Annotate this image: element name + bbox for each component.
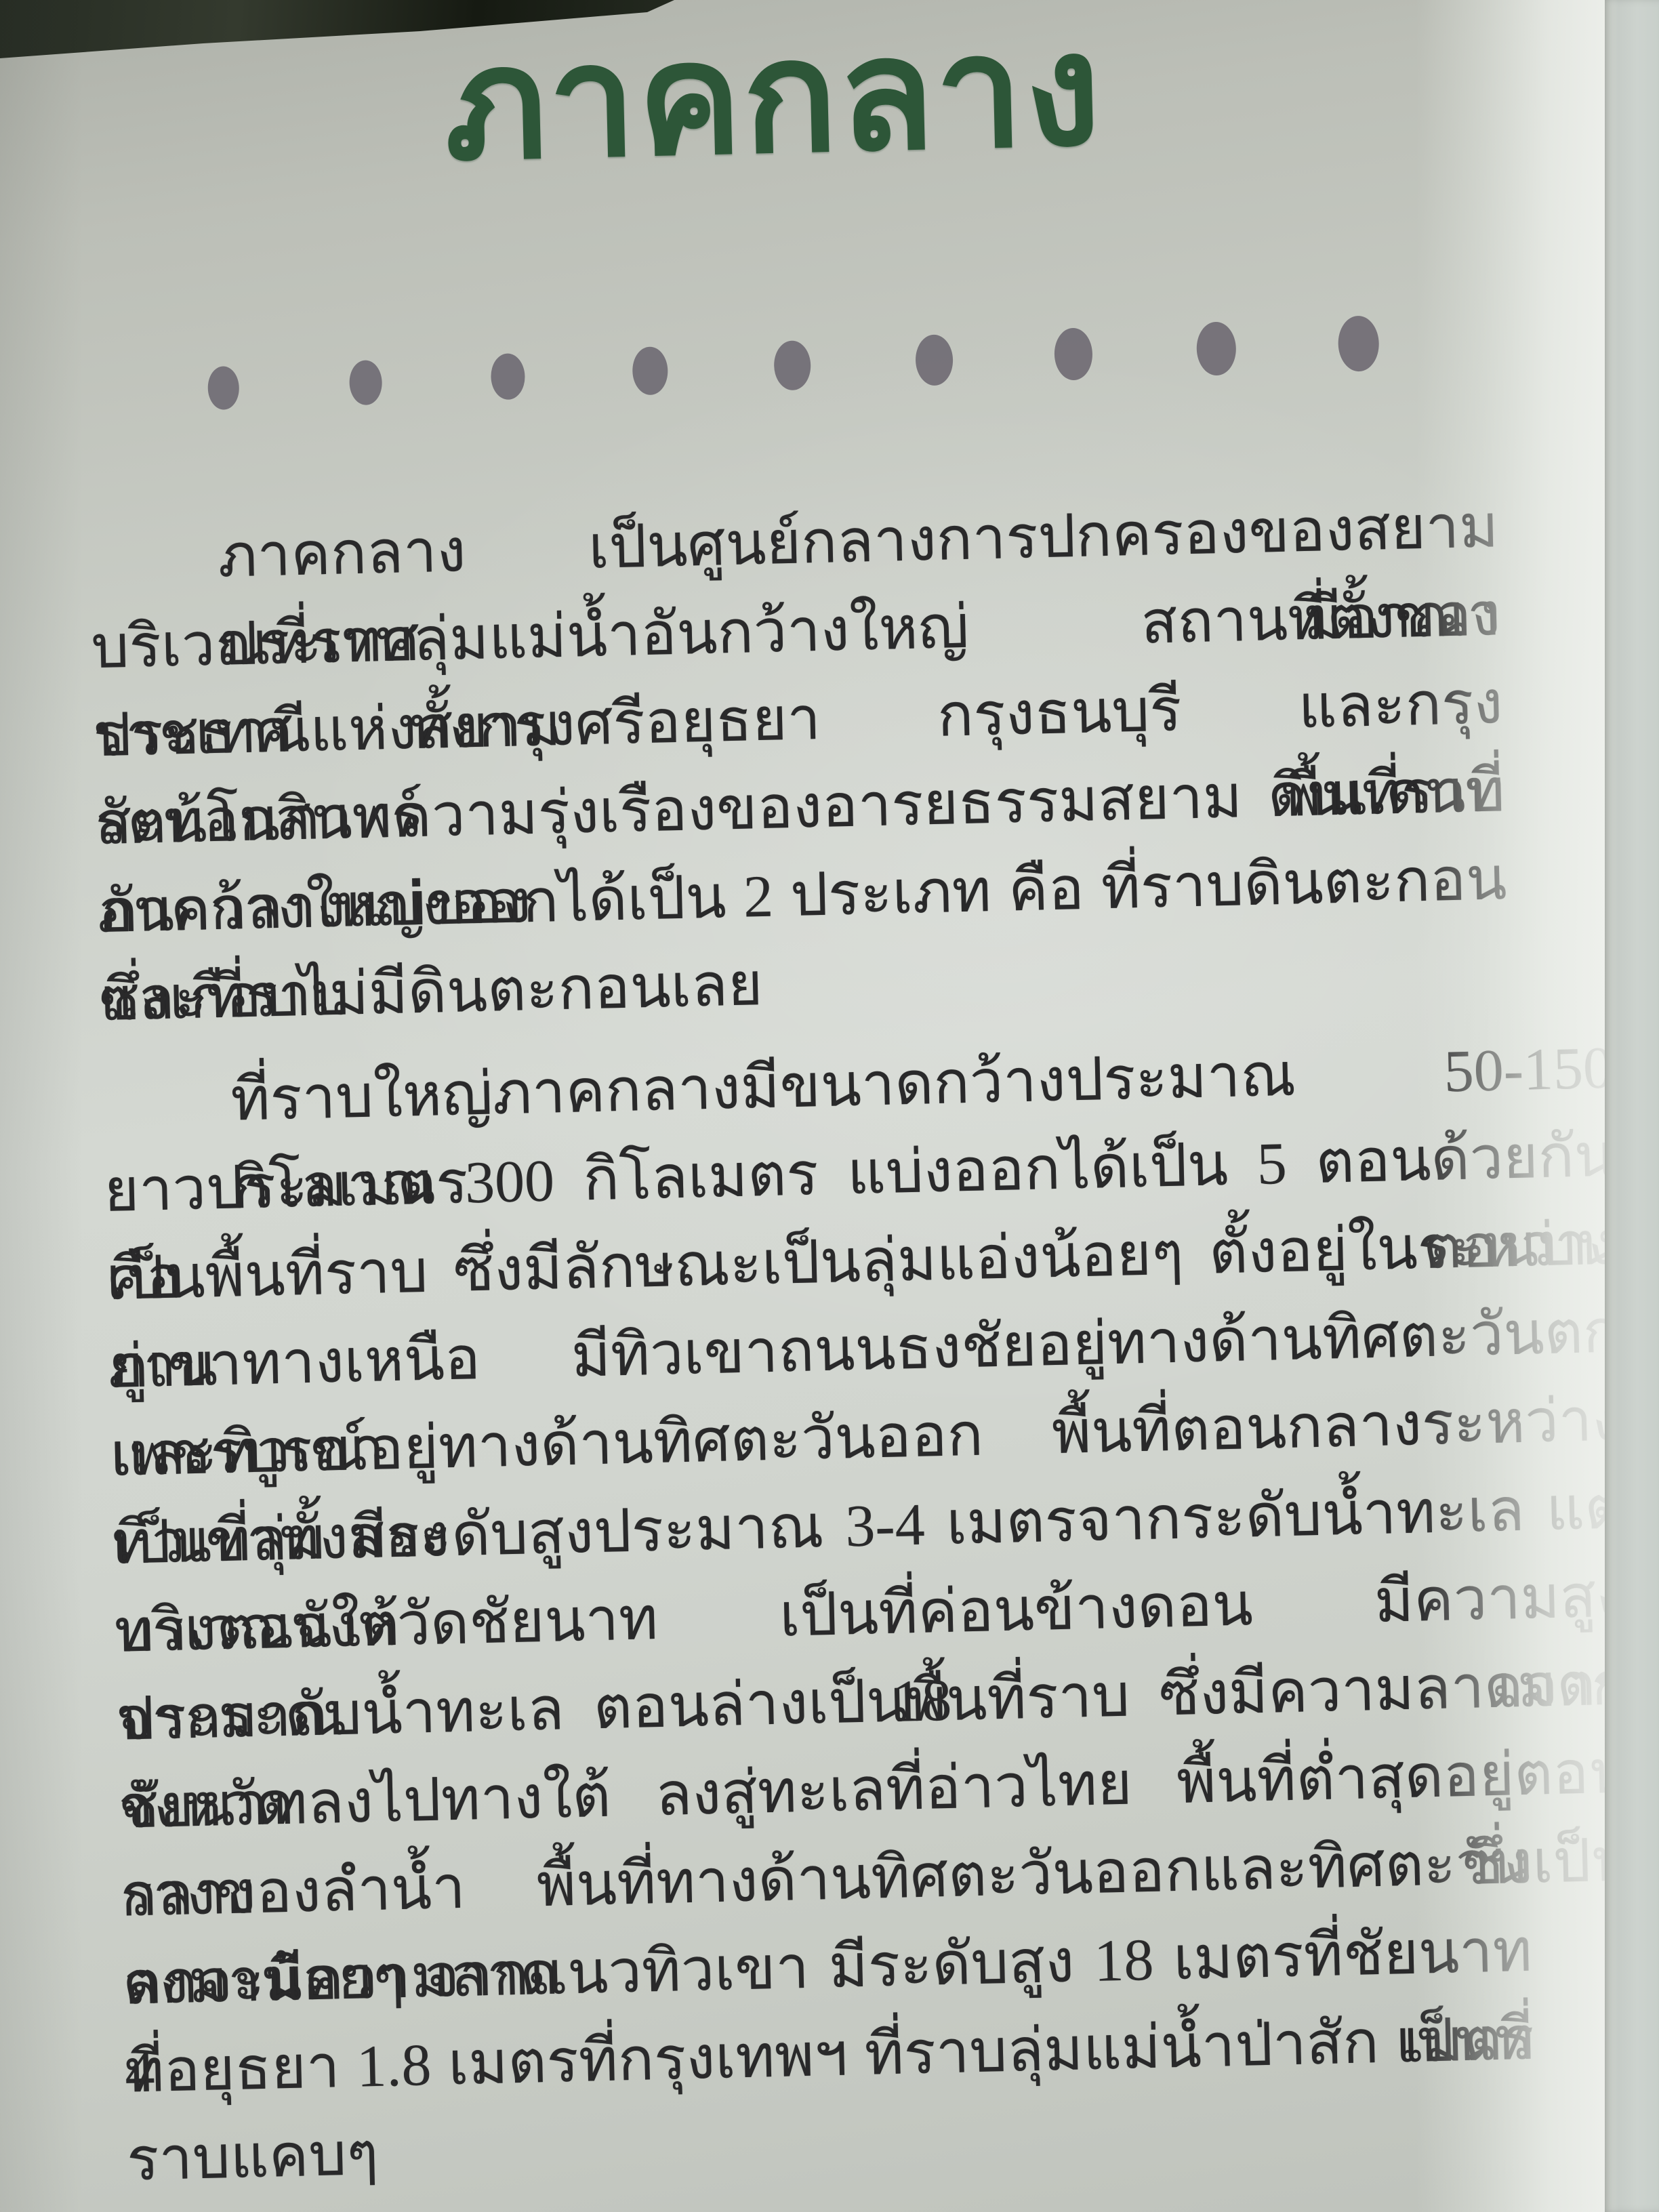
divider-dot <box>491 353 526 400</box>
divider-dot <box>207 366 239 410</box>
divider-dot <box>632 346 669 395</box>
divider-dot <box>1196 321 1237 375</box>
divider-dot <box>1054 327 1093 380</box>
page-fold-edge <box>1605 0 1659 2212</box>
page-curl-highlight <box>1416 0 1606 2212</box>
divider-dot <box>349 360 383 405</box>
divider-dot <box>1338 315 1380 371</box>
divider-dots <box>76 0 1598 479</box>
divider-dot <box>915 334 954 386</box>
divider-dot <box>773 340 811 390</box>
paragraph-1: ภาคกลาง เป็นศูนย์กลางการปกครองของสยามประ… <box>88 481 1612 1045</box>
book-page-photo: ภาคกลาง ภาคกลาง เป็นศูนย์กลางการปกครองขอ… <box>0 0 1659 2212</box>
paragraph-2: ที่ราบใหญ่ภาคกลางมีขนาดกว้างประมาณ 50-15… <box>101 1025 1637 2117</box>
page-content: ภาคกลาง ภาคกลาง เป็นศูนย์กลางการปกครองขอ… <box>76 0 1639 2212</box>
body-text: ภาคกลาง เป็นศูนย์กลางการปกครองของสยามประ… <box>88 481 1637 2117</box>
